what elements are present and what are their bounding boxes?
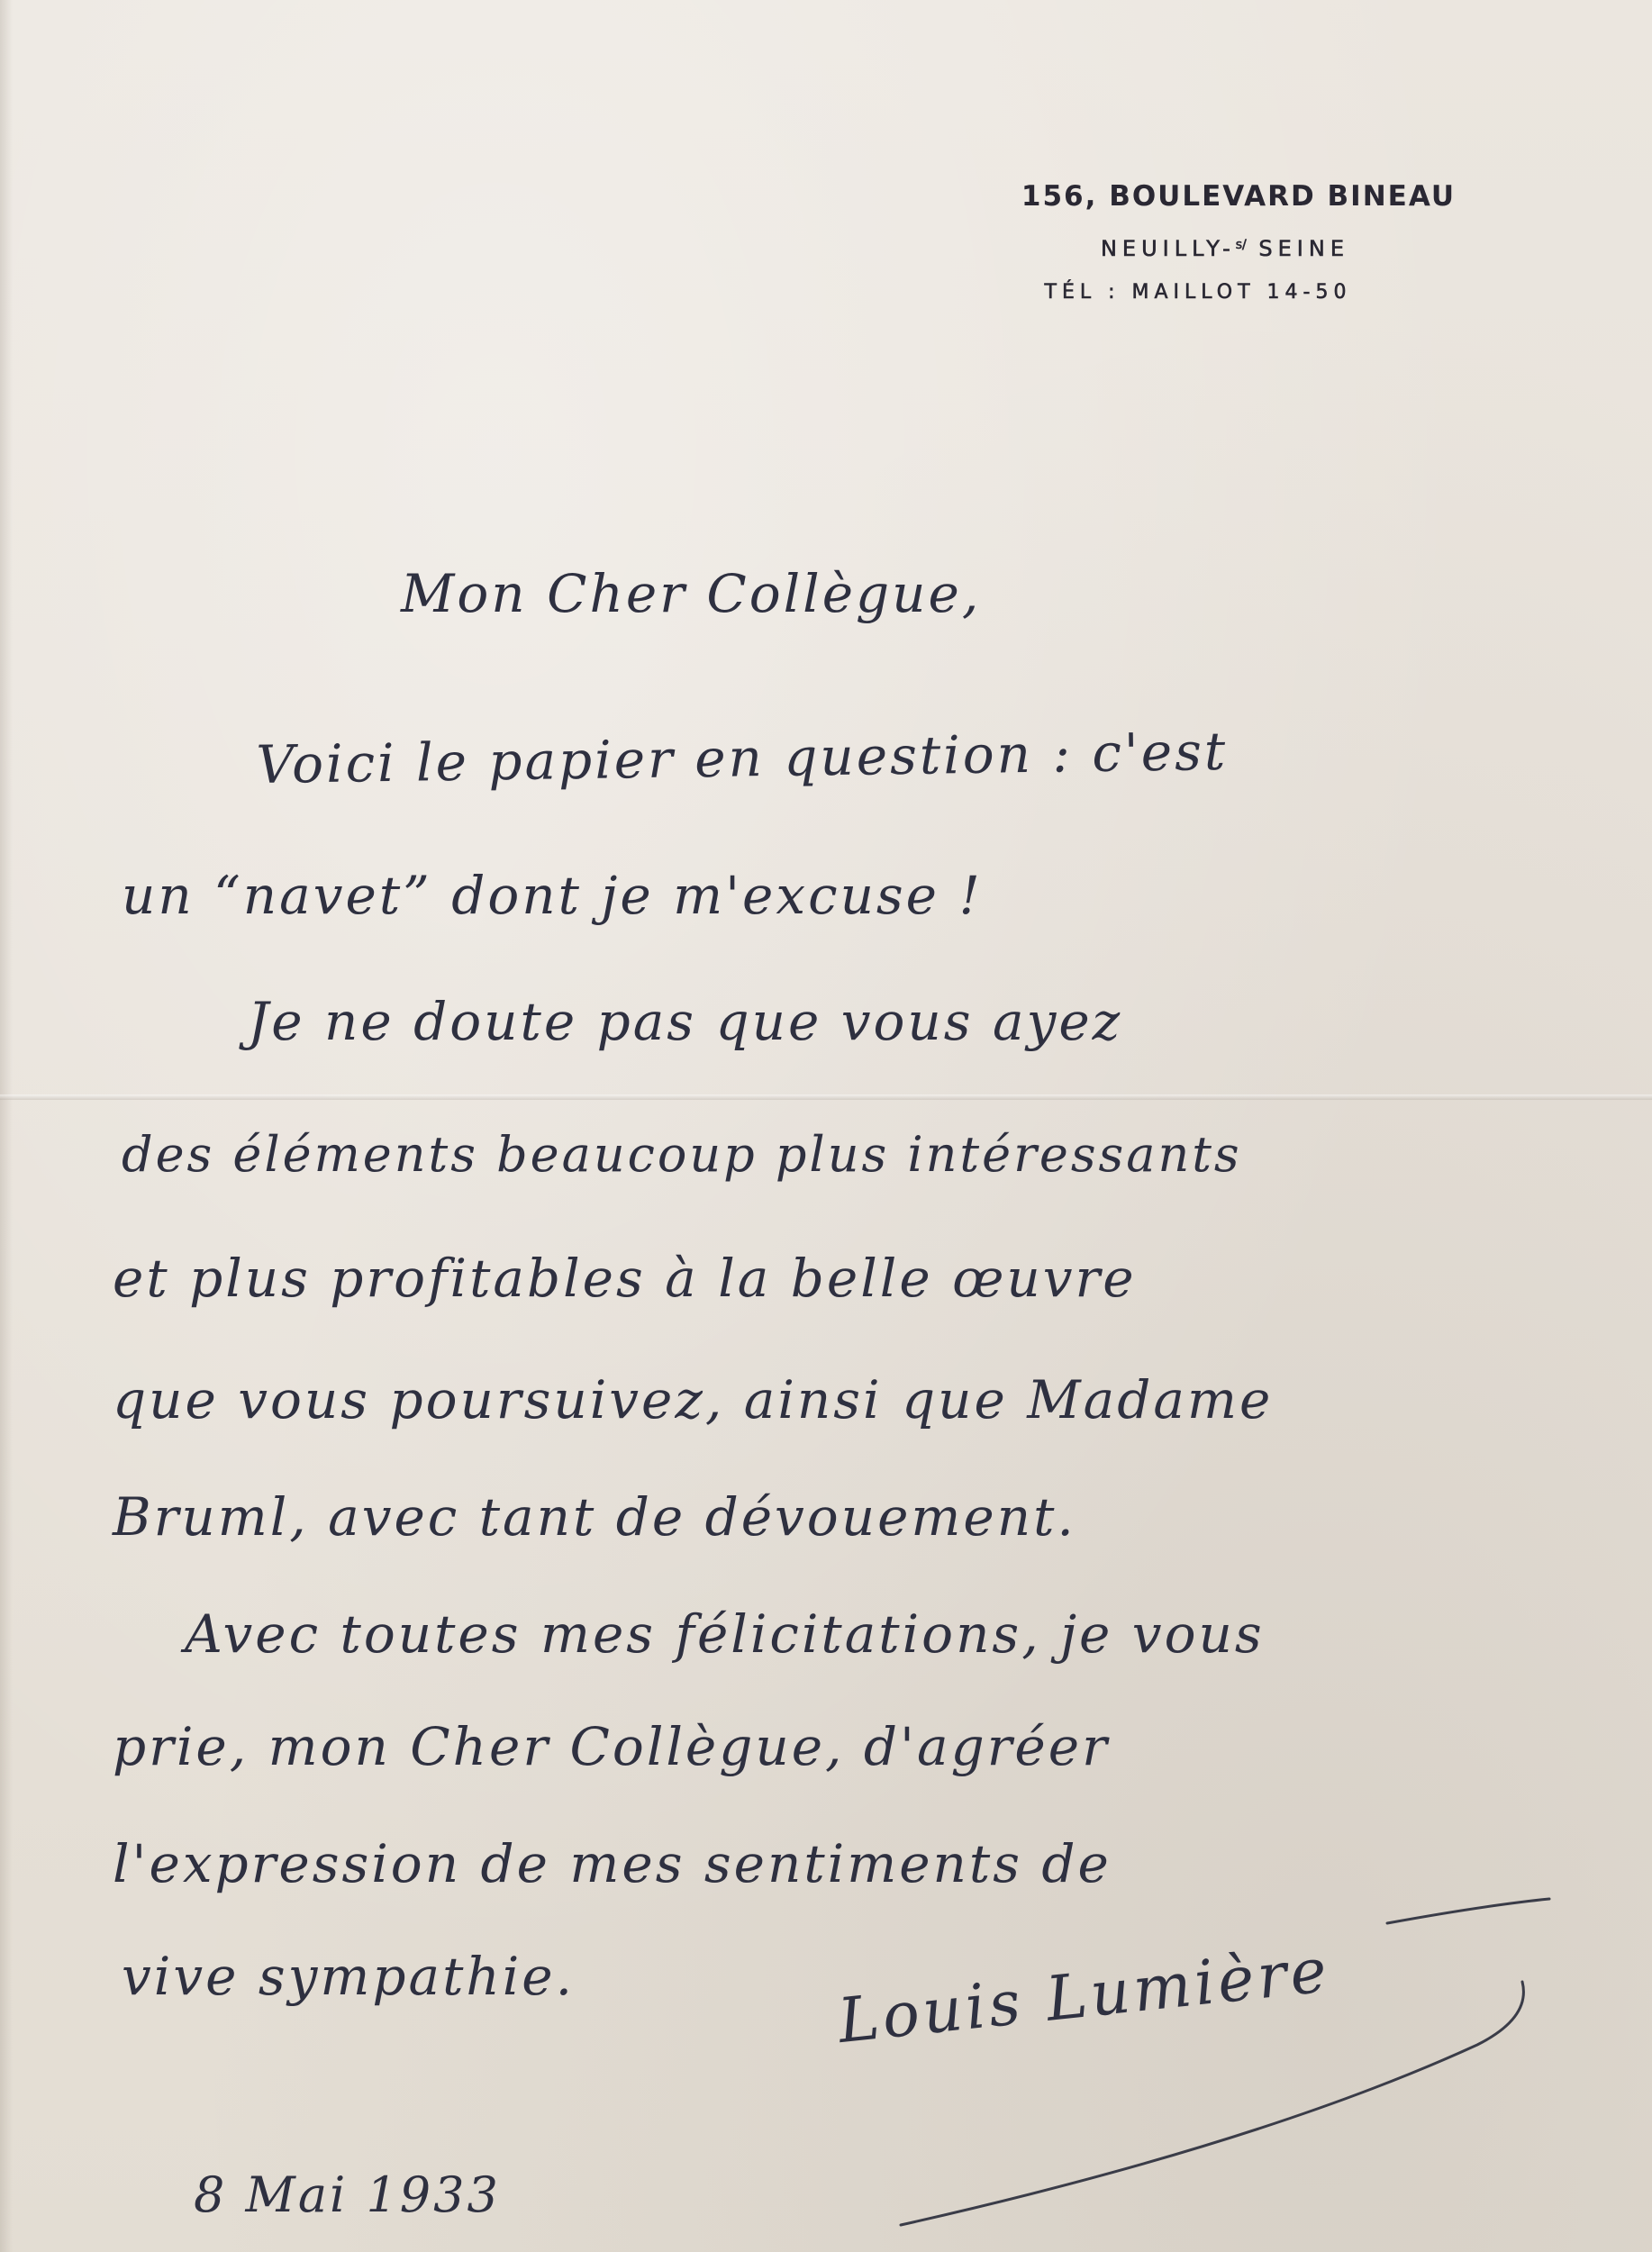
letter-page: 156, BOULEVARD BINEAU NEUILLY-s/ SEINE T…: [0, 0, 1652, 2252]
letter-date: 8 Mai 1933: [194, 2166, 501, 2223]
signature-flourish-icon: [0, 0, 1652, 2252]
